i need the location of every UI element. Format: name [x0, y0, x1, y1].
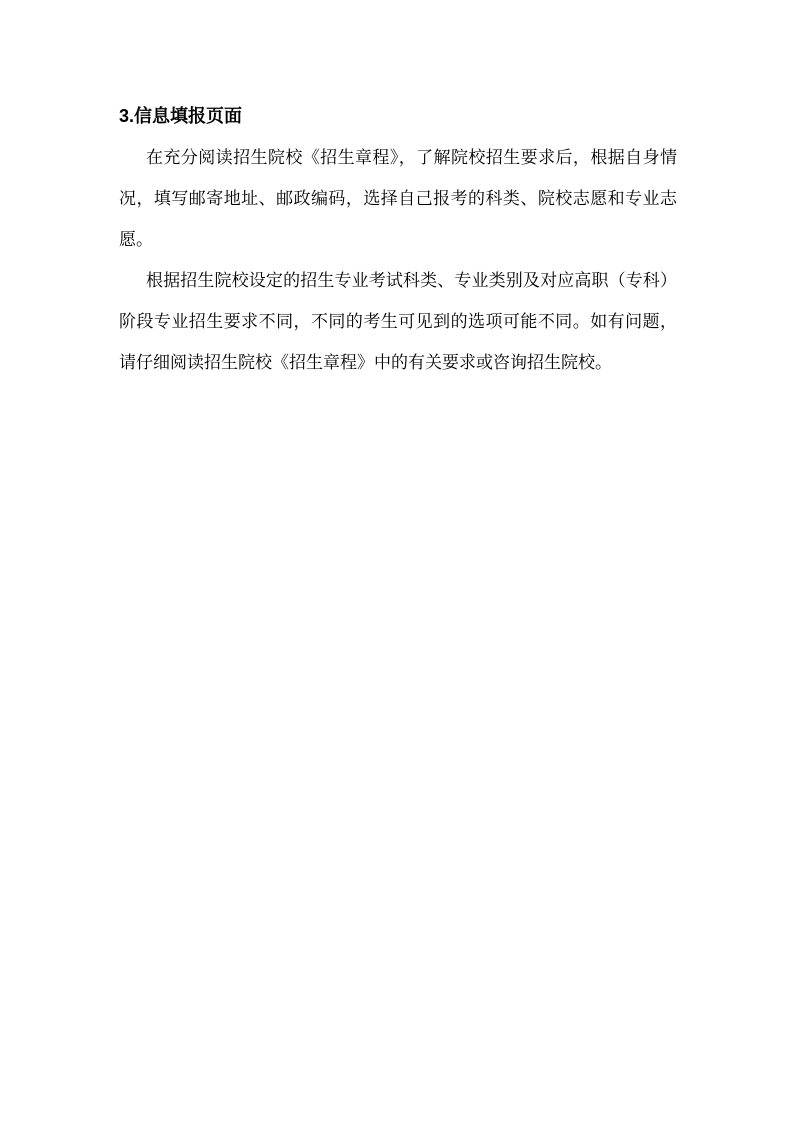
document-page: 3.信息填报页面 在充分阅读招生院校《招生章程》，了解院校招生要求后，根据自身情… — [0, 0, 793, 1122]
paragraph-info-filling-intro: 在充分阅读招生院校《招生章程》，了解院校招生要求后，根据自身情况，填写邮寄地址、… — [119, 137, 677, 260]
paragraph-requirements-note: 根据招生院校设定的招生专业考试科类、专业类别及对应高职（专科）阶段专业招生要求不… — [119, 260, 677, 383]
section-heading: 3.信息填报页面 — [119, 96, 677, 137]
